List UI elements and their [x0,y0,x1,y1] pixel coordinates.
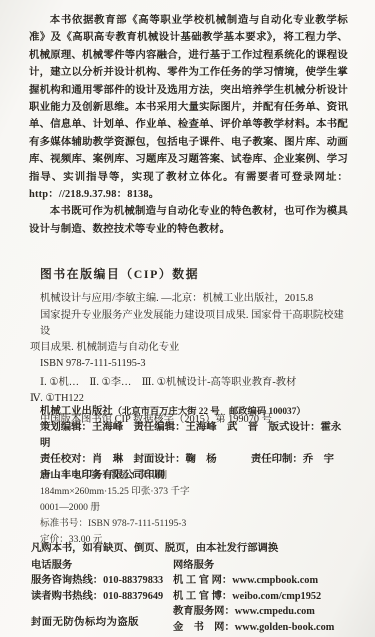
book-copyright-page: 本书依据教育部《高等职业学校机械制造与自动化专业教学标准》及《高职高专教育机械设… [0,0,375,637]
network-service-line: 机 工 官 博：weibo.com/cmp1952 [173,589,365,605]
intro-paragraph-1: 本书依据教育部《高等职业学校机械制造与自动化专业教学标准》及《高职高专教育机械设… [29,12,348,203]
exchange-notice: 凡购本书，如有缺页、倒页、脱页，由本社发行部调换 [31,541,365,557]
network-service-header: 网络服务 [173,558,365,574]
cip-isbn: ISBN 978-7-111-51195-3 [30,356,352,372]
book-introduction: 本书依据教育部《高等职业学校机械制造与自动化专业教学标准》及《高职高专教育机械设… [29,12,348,238]
network-service-line: 机 工 官 网：www.cmpbook.com [173,573,365,589]
publisher-name: 机械工业出版社 [40,406,113,417]
publisher-line: 机械工业出版社（北京市百万庄大街 22 号 邮政编码 100037） [40,404,348,420]
print-run-line: 0001—2000 册 [40,500,340,516]
network-service-column: 网络服务 机 工 官 网：www.cmpbook.com 机 工 官 博：wei… [173,558,365,636]
format-line: 184mm×260mm·15.25 印张·373 千字 [40,484,340,500]
reader-service-block: 凡购本书，如有缺页、倒页、脱页，由本社发行部调换 电话服务 服务咨询热线：010… [31,541,365,635]
cip-project-line-1: 国家提升专业服务产业发展能力建设项目成果. 国家骨干高职院校建设 [30,308,352,341]
network-service-line: 教育服务网：www.cmpedu.com [173,604,365,620]
anti-piracy-notice: 封面无防伪标均为盗版 [31,615,173,631]
phone-service-line: 读者购书热线：010-88379649 [31,589,173,605]
cip-heading: 图书在版编目（CIP）数据 [30,266,352,282]
phone-service-line: 服务咨询热线：010-88379833 [31,573,173,589]
standard-book-number: 标准书号：ISBN 978-7-111-51195-3 [40,516,340,532]
phone-service-header: 电话服务 [31,558,173,574]
edition-line: 2016 年 2 月第 1 版第 1 次印刷 [40,468,340,484]
credits-line-2-left: 责任校对：肖 琳 封面设计：鞠 杨 [40,452,217,468]
print-info-block: 2016 年 2 月第 1 版第 1 次印刷 184mm×260mm·15.25… [40,468,340,548]
cip-project-line-2: 项目成果. 机械制造与自动化专业 [30,340,352,356]
network-service-line: 金 书 网：www.golden-book.com [173,620,365,636]
cip-classification-line-1: Ⅰ. ①机… Ⅱ. ①李… Ⅲ. ①机械设计-高等职业教育-教材 [30,375,352,391]
phone-service-column: 电话服务 服务咨询热线：010-88379833 读者购书热线：010-8837… [31,558,173,636]
credits-line-1: 策划编辑：王海峰 责任编辑：王海峰 武 晋 版式设计：霍永明 [40,420,348,452]
intro-paragraph-2: 本书既可作为机械制造与自动化专业的特色教材，也可作为模具设计与制造、数控技术等专… [29,203,348,238]
credits-line-2-right: 责任印制：乔 宇 [251,452,348,468]
service-columns: 电话服务 服务咨询热线：010-88379833 读者购书热线：010-8837… [31,558,365,636]
publisher-address: （北京市百万庄大街 22 号 邮政编码 100037） [113,407,306,417]
credits-line-2: 责任校对：肖 琳 封面设计：鞠 杨 责任印制：乔 宇 [40,452,348,468]
cip-entry-line: 机械设计与应用/李敏主编. —北京：机械工业出版社，2015.8 [30,291,352,307]
